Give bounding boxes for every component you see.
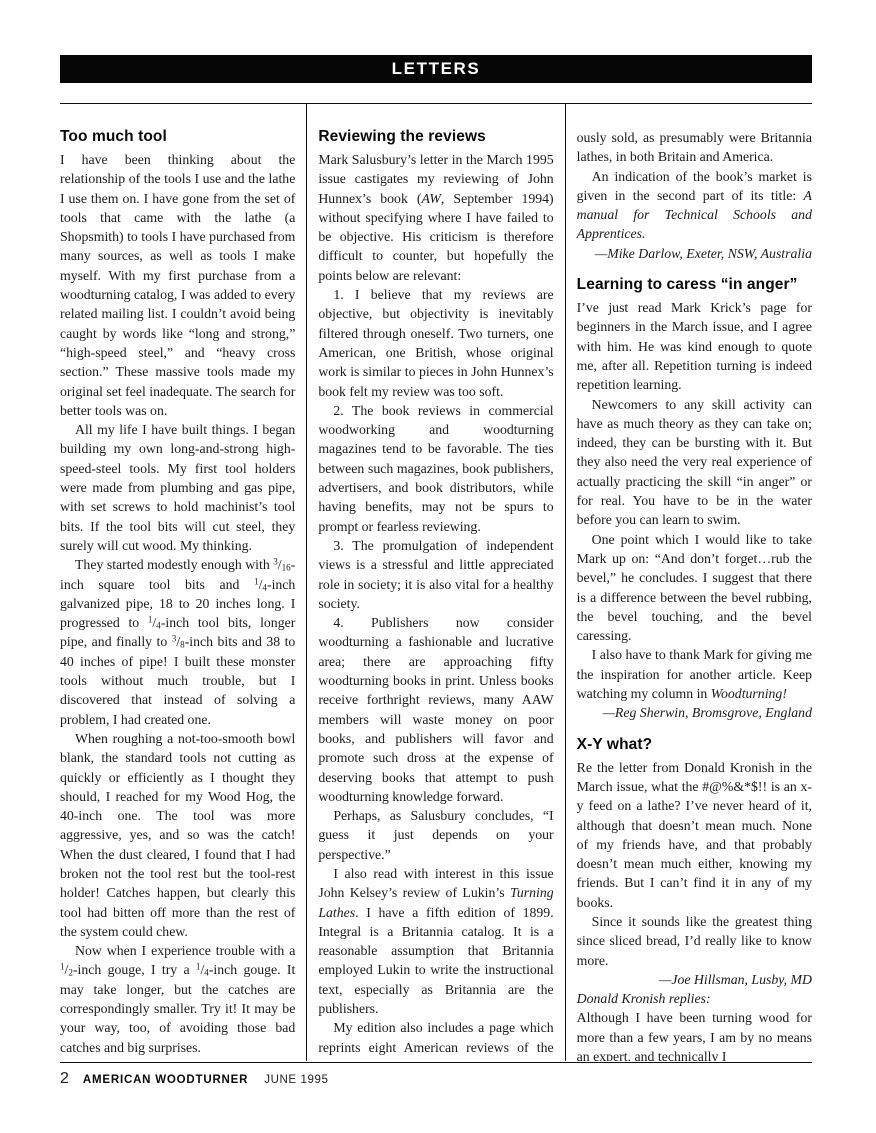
letter-paragraph: When roughing a not-too-smooth bowl blan… bbox=[60, 729, 295, 941]
letter-paragraph: All my life I have built things. I began… bbox=[60, 420, 295, 555]
letter-paragraph: My edition also includes a page which re… bbox=[318, 1018, 553, 1061]
letter-paragraph: Although I have been turning wood for mo… bbox=[577, 1008, 812, 1061]
letter-heading: Too much tool bbox=[60, 128, 295, 146]
page-number: 2 bbox=[60, 1070, 69, 1088]
magazine-name: AMERICAN WOODTURNER bbox=[83, 1074, 248, 1086]
column-2: Reviewing the reviewsMark Salusbury’s le… bbox=[306, 104, 565, 1061]
column-3: ously sold, as presumably were Britannia… bbox=[566, 104, 812, 1061]
section-header-bar: LETTERS bbox=[60, 55, 812, 83]
magazine-page: LETTERS Too much toolI have been thinkin… bbox=[0, 0, 876, 1133]
letter-paragraph: Perhaps, as Salusbury concludes, “I gues… bbox=[318, 806, 553, 864]
letter-heading: X-Y what? bbox=[577, 736, 812, 754]
letter-paragraph: Re the letter from Donald Kronish in the… bbox=[577, 758, 812, 912]
letter-signature: —Paul F. Heede, Hollywood, FL bbox=[60, 1057, 295, 1061]
page-footer: 2 AMERICAN WOODTURNER JUNE 1995 bbox=[60, 1070, 812, 1088]
letters-columns: Too much toolI have been thinking about … bbox=[60, 104, 812, 1061]
letter-paragraph: Newcomers to any skill activity can have… bbox=[577, 395, 812, 530]
letter-paragraph: Since it sounds like the greatest thing … bbox=[577, 912, 812, 970]
letter-paragraph: 1. I believe that my reviews are objecti… bbox=[318, 285, 553, 401]
letter-paragraph: I’ve just read Mark Krick’s page for beg… bbox=[577, 298, 812, 394]
letter-paragraph: I also have to thank Mark for giving me … bbox=[577, 645, 812, 703]
letter-paragraph: I also read with interest in this issue … bbox=[318, 864, 553, 1018]
letter-paragraph: ously sold, as presumably were Britannia… bbox=[577, 128, 812, 167]
letter-paragraph: 4. Publishers now consider woodturning a… bbox=[318, 613, 553, 806]
letter-signature: —Mike Darlow, Exeter, NSW, Australia bbox=[577, 244, 812, 263]
letter-paragraph: One point which I would like to take Mar… bbox=[577, 530, 812, 646]
column-1: Too much toolI have been thinking about … bbox=[60, 104, 306, 1061]
section-title: LETTERS bbox=[392, 59, 481, 79]
letter-signature: —Joe Hillsman, Lusby, MD bbox=[577, 970, 812, 989]
letter-paragraph: Now when I experience trouble with a 1/2… bbox=[60, 941, 295, 1057]
letter-paragraph: I have been thinking about the relations… bbox=[60, 150, 295, 420]
bottom-rule bbox=[60, 1062, 812, 1063]
issue-date: JUNE 1995 bbox=[264, 1074, 328, 1086]
letter-signature: —Reg Sherwin, Bromsgrove, England bbox=[577, 703, 812, 722]
letter-paragraph: 2. The book reviews in commercial woodwo… bbox=[318, 401, 553, 536]
letter-paragraph: They started modestly enough with 3/16-i… bbox=[60, 555, 295, 729]
letter-heading: Reviewing the reviews bbox=[318, 128, 553, 146]
letter-paragraph: 3. The promulgation of independent views… bbox=[318, 536, 553, 613]
reply-attribution: Donald Kronish replies: bbox=[577, 989, 812, 1008]
letter-paragraph: An indication of the book’s market is gi… bbox=[577, 167, 812, 244]
letter-paragraph: Mark Salusbury’s letter in the March 199… bbox=[318, 150, 553, 285]
letter-heading: Learning to caress “in anger” bbox=[577, 276, 812, 294]
